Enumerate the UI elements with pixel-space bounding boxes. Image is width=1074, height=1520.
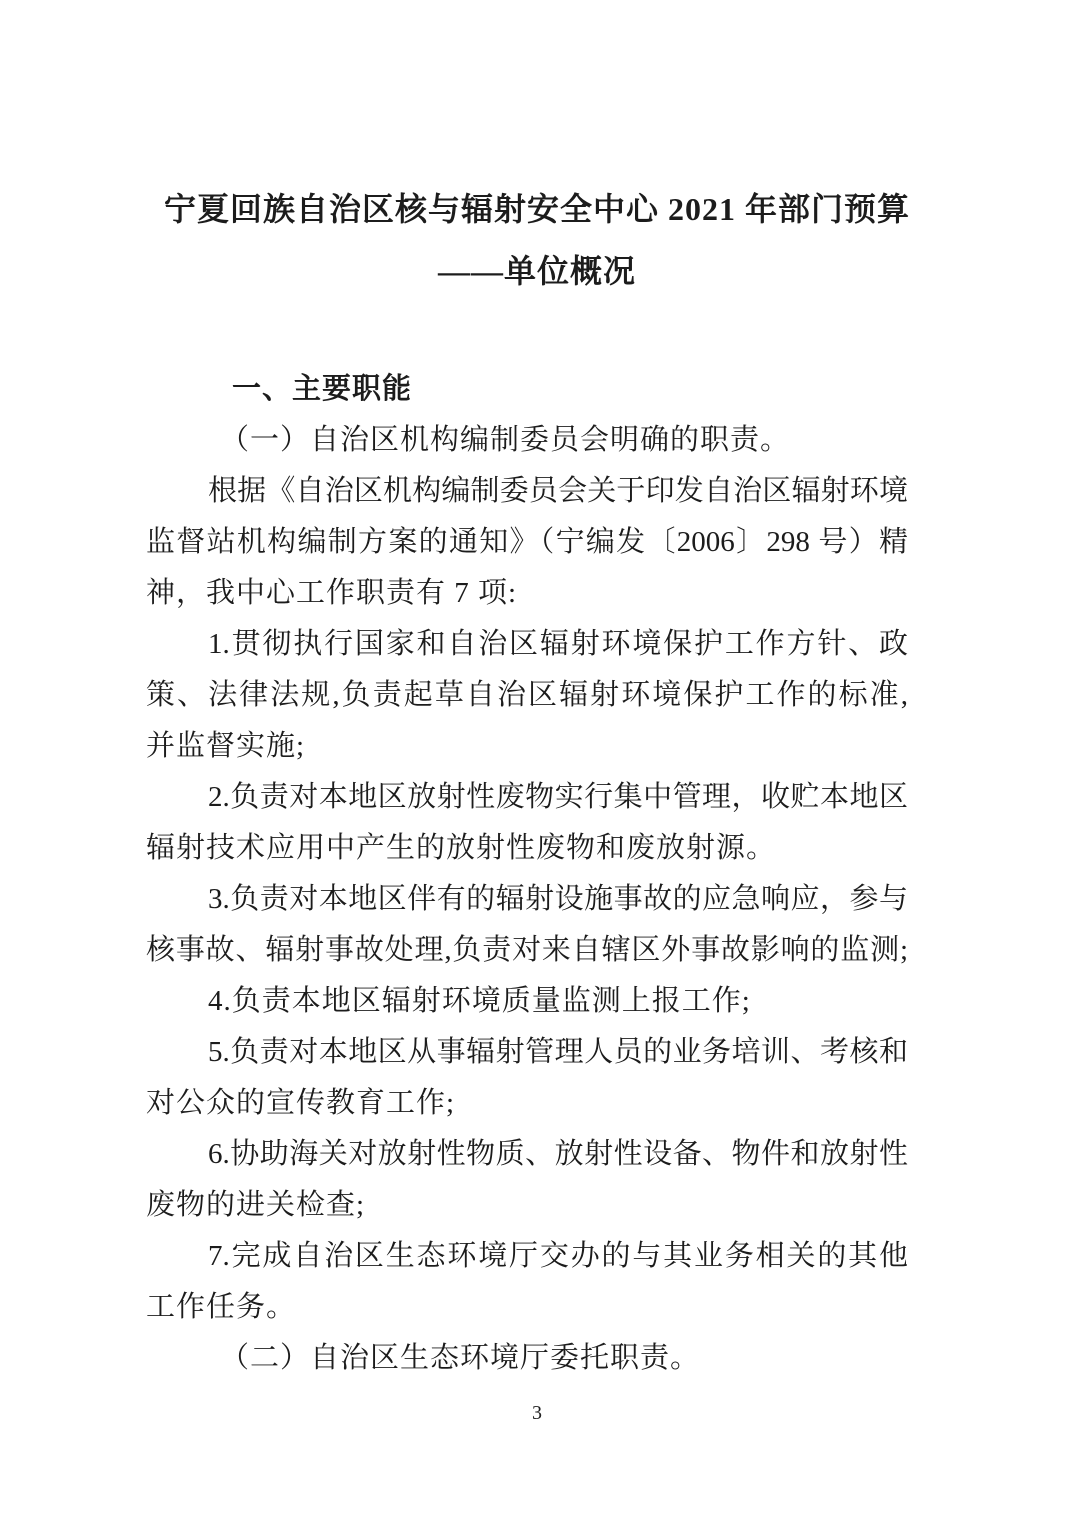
text-line: 4.负责本地区辐射环境质量监测上报工作; — [146, 976, 908, 1027]
text-line: （一）自治区机构编制委员会明确的职责。 — [146, 415, 908, 466]
text-line: （二）自治区生态环境厅委托职责。 — [146, 1333, 908, 1384]
title-line-1: 宁夏回族自治区核与辐射安全中心 2021 年部门预算 — [0, 178, 1074, 240]
text-line: 根据《自治区机构编制委员会关于印发自治区辐射环境 — [146, 466, 908, 517]
section-heading: 一、主要职能 — [146, 364, 908, 415]
text-line: 对公众的宣传教育工作; — [146, 1078, 908, 1129]
text-line: 1.贯彻执行国家和自治区辐射环境保护工作方针、政 — [146, 619, 908, 670]
text-line: 3.负责对本地区伴有的辐射设施事故的应急响应，参与 — [146, 874, 908, 925]
document-body: 一、主要职能 （一）自治区机构编制委员会明确的职责。 根据《自治区机构编制委员会… — [146, 364, 908, 1384]
text-line: 工作任务。 — [146, 1282, 908, 1333]
text-line: 7.完成自治区生态环境厅交办的与其业务相关的其他 — [146, 1231, 908, 1282]
title-line-2: ——单位概况 — [0, 240, 1074, 302]
text-line: 神，我中心工作职责有 7 项: — [146, 568, 908, 619]
text-line: 6.协助海关对放射性物质、放射性设备、物件和放射性 — [146, 1129, 908, 1180]
text-line: 监督站机构编制方案的通知》（宁编发〔2006〕298 号）精 — [146, 517, 908, 568]
text-line: 2.负责对本地区放射性废物实行集中管理，收贮本地区 — [146, 772, 908, 823]
page-number: 3 — [0, 1398, 1074, 1428]
text-line: 5.负责对本地区从事辐射管理人员的业务培训、考核和 — [146, 1027, 908, 1078]
text-line: 策、法律法规,负责起草自治区辐射环境保护工作的标准, — [146, 670, 908, 721]
text-line: 废物的进关检查; — [146, 1180, 908, 1231]
document-title: 宁夏回族自治区核与辐射安全中心 2021 年部门预算 ——单位概况 — [0, 178, 1074, 302]
text-line: 核事故、辐射事故处理,负责对来自辖区外事故影响的监测; — [146, 925, 908, 976]
text-line: 并监督实施; — [146, 721, 908, 772]
document-page: 宁夏回族自治区核与辐射安全中心 2021 年部门预算 ——单位概况 一、主要职能… — [0, 0, 1074, 1520]
text-line: 辐射技术应用中产生的放射性废物和废放射源。 — [146, 823, 908, 874]
